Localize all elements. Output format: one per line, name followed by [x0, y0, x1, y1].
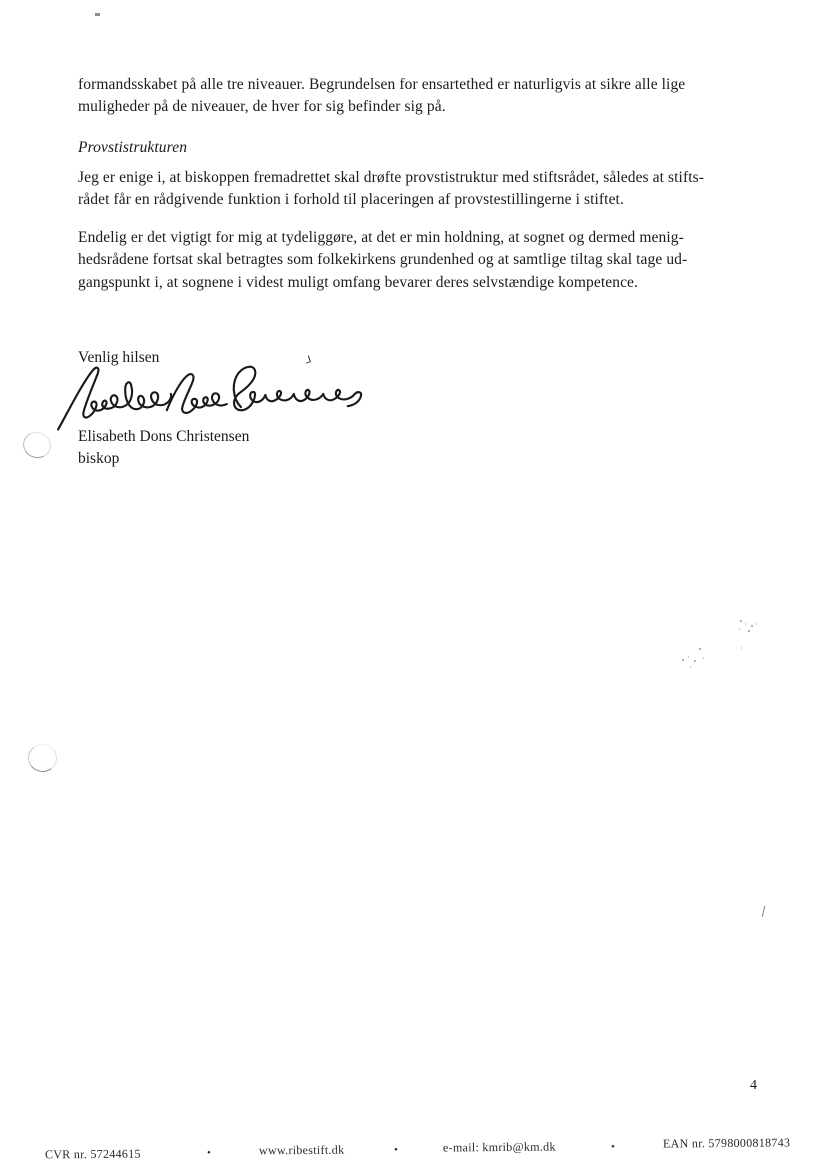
paragraph-line: rådet får en rådgivende funktion i forho…	[78, 189, 758, 211]
section-heading: Provstistrukturen	[78, 137, 758, 159]
footer-item-cvr: CVR nr. 57244615	[45, 1147, 141, 1163]
signer-name: Elisabeth Dons Christensen	[78, 426, 249, 448]
paragraph-line: muligheder på de niveauer, de hver for s…	[78, 96, 758, 118]
paragraph-line: Endelig er det vigtigt for mig at tydeli…	[78, 227, 758, 249]
page-number: 4	[750, 1078, 757, 1094]
paragraph-line: hedsrådene fortsat skal betragtes som fo…	[78, 249, 758, 271]
footer-item-website: www.ribestift.dk	[259, 1143, 344, 1159]
signer-block: Elisabeth Dons Christensen biskop	[78, 426, 249, 470]
hole-punch-mark	[26, 742, 59, 774]
paragraph-line: gangspunkt i, at sognene i videst muligt…	[78, 272, 758, 294]
signer-title: biskop	[78, 448, 249, 470]
body-paragraph-3: Endelig er det vigtigt for mig at tydeli…	[78, 227, 758, 294]
footer-item-ean: EAN nr. 5798000818743	[663, 1135, 790, 1151]
letter-page: formandsskabet på alle tre niveauer. Beg…	[0, 0, 827, 1170]
scan-artifact	[762, 906, 768, 917]
bullet-separator-icon: •	[394, 1144, 398, 1156]
hole-punch-mark	[20, 428, 55, 461]
paragraph-line: Jeg er enige i, at biskoppen fremadrette…	[78, 167, 758, 189]
bullet-separator-icon: •	[207, 1147, 211, 1159]
body-paragraph-1: formandsskabet på alle tre niveauer. Beg…	[78, 74, 758, 119]
bullet-separator-icon: •	[611, 1141, 615, 1153]
signature-handwriting	[52, 362, 367, 434]
scan-artifact	[95, 13, 100, 16]
body-paragraph-2: Jeg er enige i, at biskoppen fremadrette…	[78, 167, 758, 212]
paragraph-line: formandsskabet på alle tre niveauer. Beg…	[78, 74, 758, 96]
footer-item-email: e-mail: kmrib@km.dk	[443, 1140, 556, 1156]
